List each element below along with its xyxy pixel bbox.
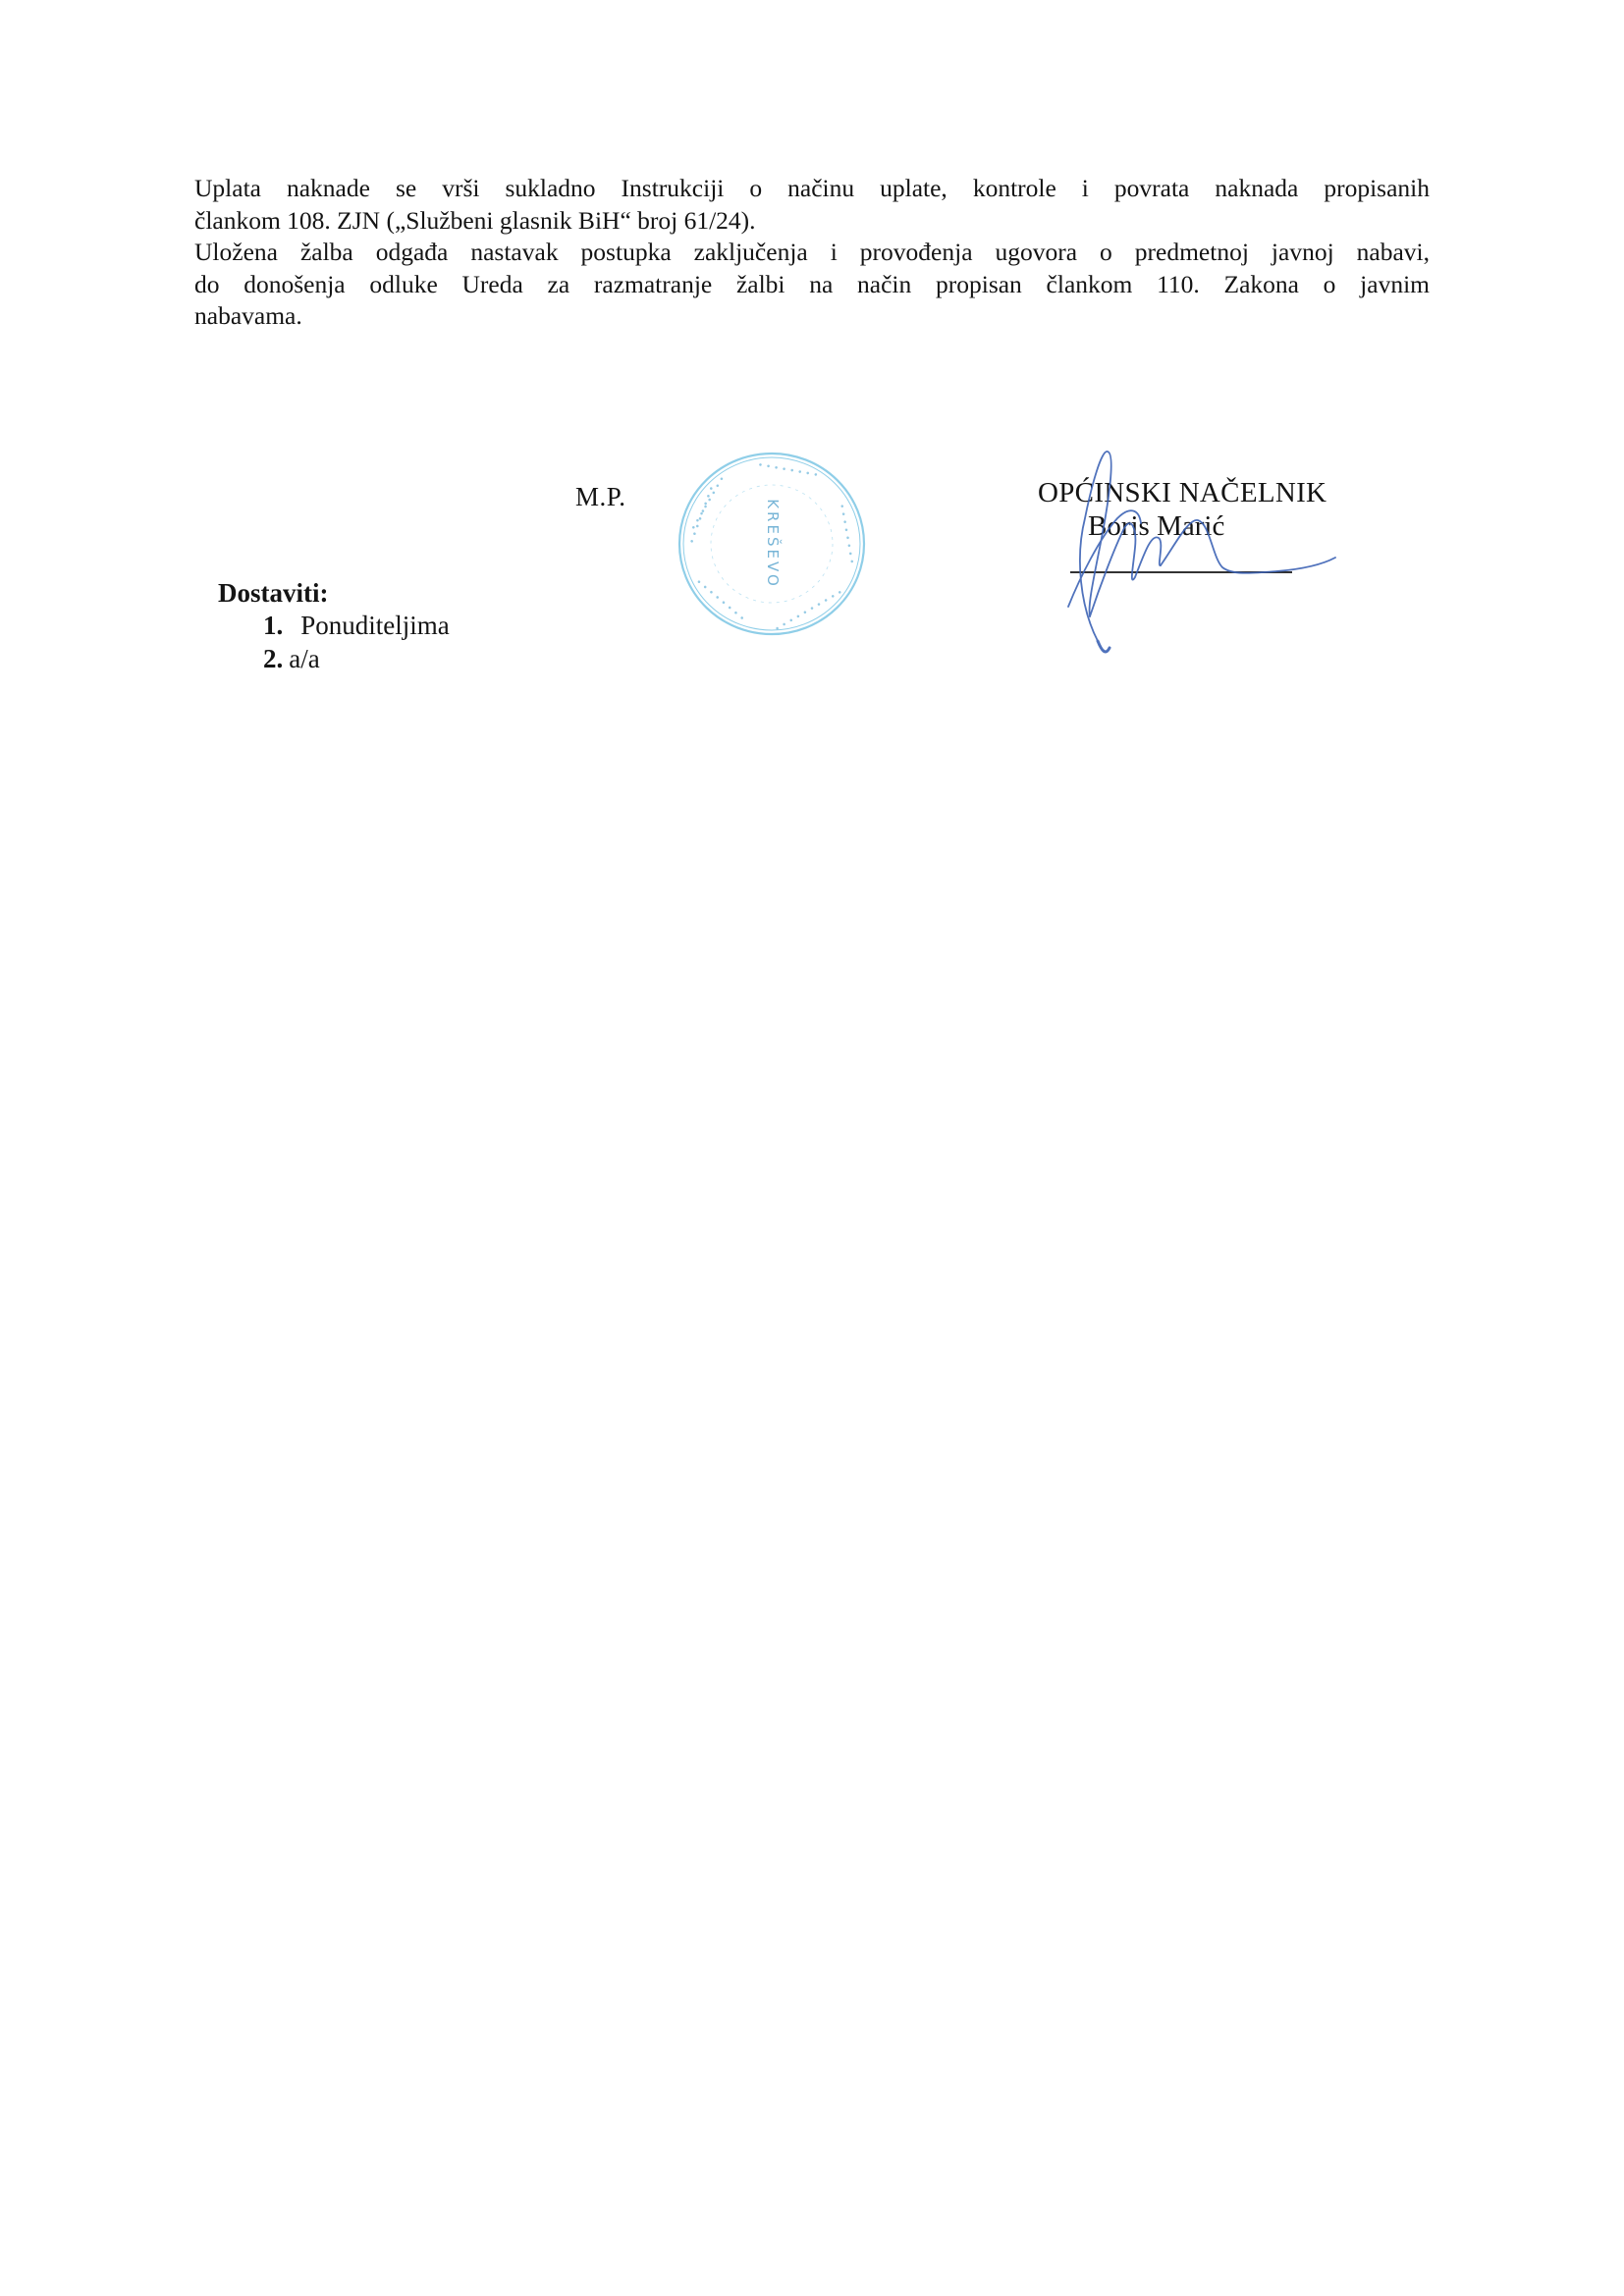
paragraph-appeal-effect: Uložena žalba odgađa nastavak postupka z…: [194, 237, 1430, 333]
seal-label: M.P.: [575, 482, 626, 512]
delivery-heading: Dostaviti:: [218, 578, 328, 609]
signature-line: [1070, 571, 1292, 573]
list-text: Ponuditeljima: [300, 611, 450, 640]
svg-text:• • • • • • • •: • • • • • • • •: [687, 485, 718, 546]
delivery-list-item: 2.a/a: [263, 644, 320, 674]
svg-text:• • • • • • • •: • • • • • • • •: [757, 460, 819, 481]
paragraph-line: do donošenja odluke Ureda za razmatranje…: [194, 269, 1430, 301]
stamp-center-text: KREŠEVO: [764, 499, 783, 589]
paragraph-line: Uplata naknade se vrši sukladno Instrukc…: [194, 173, 1430, 205]
signatory-title: OPĆINSKI NAČELNIK: [1038, 477, 1326, 509]
paragraph-line: člankom 108. ZJN („Službeni glasnik BiH“…: [194, 205, 1430, 238]
paragraph-line: nabavama.: [194, 300, 1430, 333]
handwritten-signature-icon: [1041, 440, 1345, 666]
svg-text:• • • • • • • •: • • • • • • • •: [836, 503, 856, 564]
official-stamp-icon: • • • • • • • • • • • • • • • • • • • • …: [676, 450, 868, 638]
list-number: 2.: [263, 644, 283, 673]
paragraph-fee-payment: Uplata naknade se vrši sukladno Instrukc…: [194, 173, 1430, 237]
list-number: 1.: [263, 611, 283, 640]
list-text: a/a: [289, 644, 319, 673]
signatory-name: Boris Marić: [1088, 510, 1224, 543]
svg-text:• • • • • • • • • •: • • • • • • • • • •: [772, 585, 843, 632]
delivery-list-item: 1.Ponuditeljima: [263, 611, 450, 641]
paragraph-line: Uložena žalba odgađa nastavak postupka z…: [194, 237, 1430, 269]
